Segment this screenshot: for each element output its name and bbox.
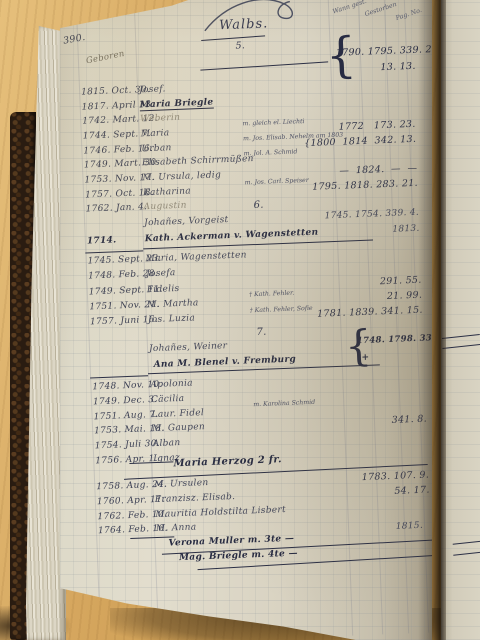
section7-wife3-numbers: 1815. — [323, 521, 423, 535]
register-page: 390. Geboren Walbs. 5. Wann gest. Gestor… — [60, 0, 432, 640]
row-numbers — [302, 499, 430, 504]
row-name: Jos. Luzia — [148, 314, 195, 326]
section7-wife2: Maria Herzog 2 fr. — [173, 454, 282, 469]
register-row: 1749. Dec. 3. Cäcilia — [63, 384, 435, 412]
row-date: 1758. Aug. 24. — [96, 479, 181, 492]
register-row: 1742. Mart. 12. Weberin — [52, 104, 424, 132]
row-numbers: {1800 1814 342. 13. — [288, 133, 416, 149]
row-numbers — [299, 429, 427, 434]
column-rule — [328, 0, 354, 636]
marriage-numbers-line2: 13. 13. — [380, 61, 416, 73]
register-row: 1753. Mai. 18. M. Gaupen 341. 8. — [64, 414, 436, 442]
ink-rule — [130, 536, 174, 539]
pointer-rule — [200, 61, 328, 71]
register-row: 1757. Juni 16. Jos. Luzia † Kath. Fehler… — [60, 304, 432, 332]
row-note: m. Jol. A. Schmid — [243, 148, 297, 157]
row-date: 1757. Oct. 18. — [85, 187, 170, 200]
ink-rule — [453, 551, 480, 556]
register-row: 1744. Sept. 7. Maria m. gleich el. Liech… — [53, 118, 425, 146]
page-number: 390. — [62, 32, 86, 47]
row-numbers: 54. 17. — [302, 484, 430, 500]
ink-rule — [198, 554, 450, 570]
row-name: Augustin — [143, 201, 187, 213]
row-note: m. Karolina Schmid — [253, 399, 315, 408]
row-date: 1762. Jan. 4. — [85, 201, 170, 214]
column-header-died: Wann gest. — [332, 0, 368, 16]
register-row: 1754. Juli 30. Alban — [65, 428, 437, 456]
row-name: Alban — [153, 438, 181, 449]
row-name: Maria, Wagenstetten — [145, 250, 246, 264]
section7-wife3: Verona Muller m. 3te — — [168, 534, 294, 549]
register-row: 1764. Feb. 16. M. Anna — [68, 514, 440, 542]
register-row: 1751. Nov. 21. M. Martha † Kath. Fehler.… — [59, 289, 431, 317]
row-name: M. Gaupen — [152, 422, 205, 434]
ink-rule — [453, 540, 480, 545]
title-underline — [201, 35, 265, 41]
row-name: Fidelis — [147, 284, 180, 295]
section6-number: 6. — [253, 200, 264, 211]
section7-plus-mark: + — [361, 353, 369, 363]
ink-rule — [129, 461, 173, 464]
row-numbers — [286, 75, 414, 80]
row-numbers: 291. 55. — [293, 274, 421, 290]
row-note: m. Jos. Elisab. Nehelm am 1803 — [243, 132, 343, 143]
photo-of-register-book: 390. Geboren Walbs. 5. Wann gest. Gestor… — [0, 0, 480, 640]
row-note: † Kath. Fehler, Sofie — [250, 305, 313, 314]
row-date: 1764. Feb. 16. — [98, 523, 183, 536]
register-row: 1756. Apr. 1. Ignaz — [65, 443, 437, 471]
ink-rule — [442, 334, 480, 339]
row-name: Franzisz. Elisab. — [155, 492, 236, 505]
row-date: 1760. Apr. 11. — [97, 494, 182, 507]
register-row: 1745. Sept. 23. Maria, Wagenstetten — [57, 243, 429, 271]
row-date: 1749. Sept. 11. — [89, 284, 174, 297]
marriage-brace: { — [344, 325, 373, 368]
row-date: 1746. Feb. 16. — [83, 143, 168, 156]
row-date: 1748. Feb. 28. — [88, 268, 173, 281]
section7-husband: Johañes, Weiner — [149, 341, 228, 354]
row-name: Katharina — [143, 186, 191, 198]
section6-husband-numbers: 1745. 1754. 339. 4. — [291, 208, 419, 223]
ink-rule — [442, 344, 480, 349]
register-row: 1762. Jan. 4. Augustin — [55, 192, 427, 220]
row-numbers: 1781. 1839. 341. 15. — [295, 305, 423, 321]
row-date: 1757. Juni 16. — [90, 314, 175, 327]
row-note: † Kath. Fehler. — [249, 290, 295, 299]
row-name: Mauritia Holdstilta Lisbert — [155, 505, 286, 520]
register-row: 1757. Oct. 18. Katharina m. Jos. Carl. S… — [55, 177, 427, 205]
row-numbers: 1783. 107. 9. — [301, 470, 429, 486]
row-name: Apolonia — [150, 379, 193, 391]
ink-rule — [148, 364, 380, 374]
row-numbers — [303, 514, 431, 519]
row-name: Maria — [141, 128, 170, 139]
register-row: 1751. Aug. 7. Laur. Fidel m. Karolina Sc… — [63, 399, 435, 427]
row-name: M. Ursula, ledig — [142, 170, 221, 183]
row-numbers: 341. 8. — [299, 414, 427, 430]
row-note: m. Jos. Carl. Speiser — [245, 177, 309, 186]
row-date: 1753. Mai. 18. — [94, 423, 179, 436]
family-number: 5. — [235, 40, 245, 51]
row-date: 1744. Sept. 7. — [83, 128, 168, 141]
register-row: 1749. Mart. 30. Elisabeth Schirrmüßen m.… — [54, 148, 426, 176]
row-name: M. Ursulen — [154, 478, 209, 490]
register-row: 1749. Sept. 11. Fidelis 291. 55. — [59, 274, 431, 302]
row-date: 1756. Apr. 1. — [95, 453, 180, 466]
row-numbers — [286, 89, 414, 94]
row-numbers — [297, 370, 425, 375]
section6-wife-date: 1714. — [87, 235, 117, 246]
row-name: Maria Briegle — [139, 97, 213, 111]
section6-husband: Johañes, Vorgeist — [144, 215, 229, 228]
section6-wife-numbers: 1813. — [292, 224, 420, 239]
row-name: Urban — [141, 143, 172, 154]
row-numbers — [292, 244, 420, 249]
row-name: M. Martha — [147, 298, 199, 310]
ink-rule — [162, 539, 446, 555]
born-column-label: Geboren — [85, 49, 125, 66]
row-numbers: 21. 99. — [294, 290, 422, 306]
section7-number: 7. — [256, 327, 267, 338]
row-date: 1817. April 13. — [82, 99, 167, 112]
row-date: 1815. Oct. 30. — [81, 84, 166, 97]
register-row: 1762. Feb. 10. Mauritia Holdstilta Lisbe… — [67, 499, 439, 527]
row-numbers: 1772 173. 23. — [288, 119, 416, 135]
section7-wife4: Mag. Briegle m. 4te — — [179, 549, 298, 564]
row-name: Ignaz — [153, 453, 180, 464]
row-name: Weberin — [140, 113, 180, 125]
next-page-partial — [441, 0, 480, 640]
row-numbers — [298, 384, 426, 389]
row-date: 1749. Mart. 30. — [84, 158, 169, 171]
row-name: M. Anna — [156, 523, 197, 535]
row-numbers — [290, 192, 418, 197]
row-numbers — [289, 148, 417, 153]
row-numbers: 1795. 1818. 283. 21. — [290, 177, 418, 193]
register-row: 1760. Apr. 11. Franzisz. Elisab. 54. 17. — [67, 484, 439, 512]
row-numbers — [298, 399, 426, 404]
row-date: 1762. Feb. 10. — [97, 509, 182, 522]
margin-rule — [76, 6, 102, 640]
ink-rule — [90, 375, 148, 379]
ink-rule — [124, 464, 428, 480]
row-date: 1751. Nov. 21. — [89, 299, 174, 312]
row-date: 1753. Nov. 17. — [84, 172, 169, 185]
margin-rule — [134, 3, 160, 640]
register-row: 1817. April 13. Maria Briegle — [52, 89, 424, 117]
pen-flourish — [198, 0, 319, 35]
register-row: 1815. Oct. 30. Josef. — [51, 74, 423, 102]
row-note: m. gleich el. Liechti — [242, 118, 304, 127]
row-numbers — [287, 104, 415, 109]
row-numbers: — 1824. — — — [289, 163, 417, 179]
row-numbers — [300, 444, 428, 449]
register-row: 1746. Feb. 16. Urban m. Jos. Elisab. Neh… — [53, 133, 425, 161]
row-name: Josefa — [146, 268, 176, 279]
row-date: 1748. Nov. 10. — [92, 379, 177, 392]
ink-rule — [143, 239, 373, 249]
row-date: 1749. Dec. 3. — [93, 394, 178, 407]
register-row: 1758. Aug. 24. M. Ursulen 1783. 107. 9. — [66, 469, 438, 497]
column-rule — [384, 0, 410, 633]
row-name: Josef. — [139, 84, 166, 95]
row-date: 1754. Juli 30. — [95, 438, 180, 451]
row-numbers — [293, 259, 421, 264]
section7-wife1: Ana M. Blenel v. Fremburg — [153, 355, 296, 370]
marriage-brace: { — [325, 31, 358, 80]
row-name: Cäcilia — [151, 394, 185, 405]
row-date: 1745. Sept. 23. — [87, 253, 172, 266]
row-date: 1742. Mart. 12. — [82, 114, 167, 127]
family-title: Walbs. — [193, 15, 294, 34]
column-header-deceased: Gestorben — [364, 1, 398, 18]
page-content: 390. Geboren Walbs. 5. Wann gest. Gestor… — [48, 0, 444, 640]
register-row: 1748. Nov. 10. Apolonia — [62, 369, 434, 397]
section6-wife: Kath. Ackerman v. Wagenstetten — [145, 228, 319, 245]
row-date: 1751. Aug. 7. — [93, 409, 178, 422]
row-name: Elisabeth Schirrmüßen — [142, 154, 254, 168]
register-row: 1748. Feb. 28. Josefa — [58, 259, 430, 287]
ink-rule — [85, 250, 143, 254]
gutter-shadow — [418, 0, 446, 640]
row-name: Laur. Fidel — [151, 408, 204, 420]
column-rule — [358, 0, 384, 634]
register-row: 1753. Nov. 17. M. Ursula, ledig — 1824. … — [54, 162, 426, 190]
